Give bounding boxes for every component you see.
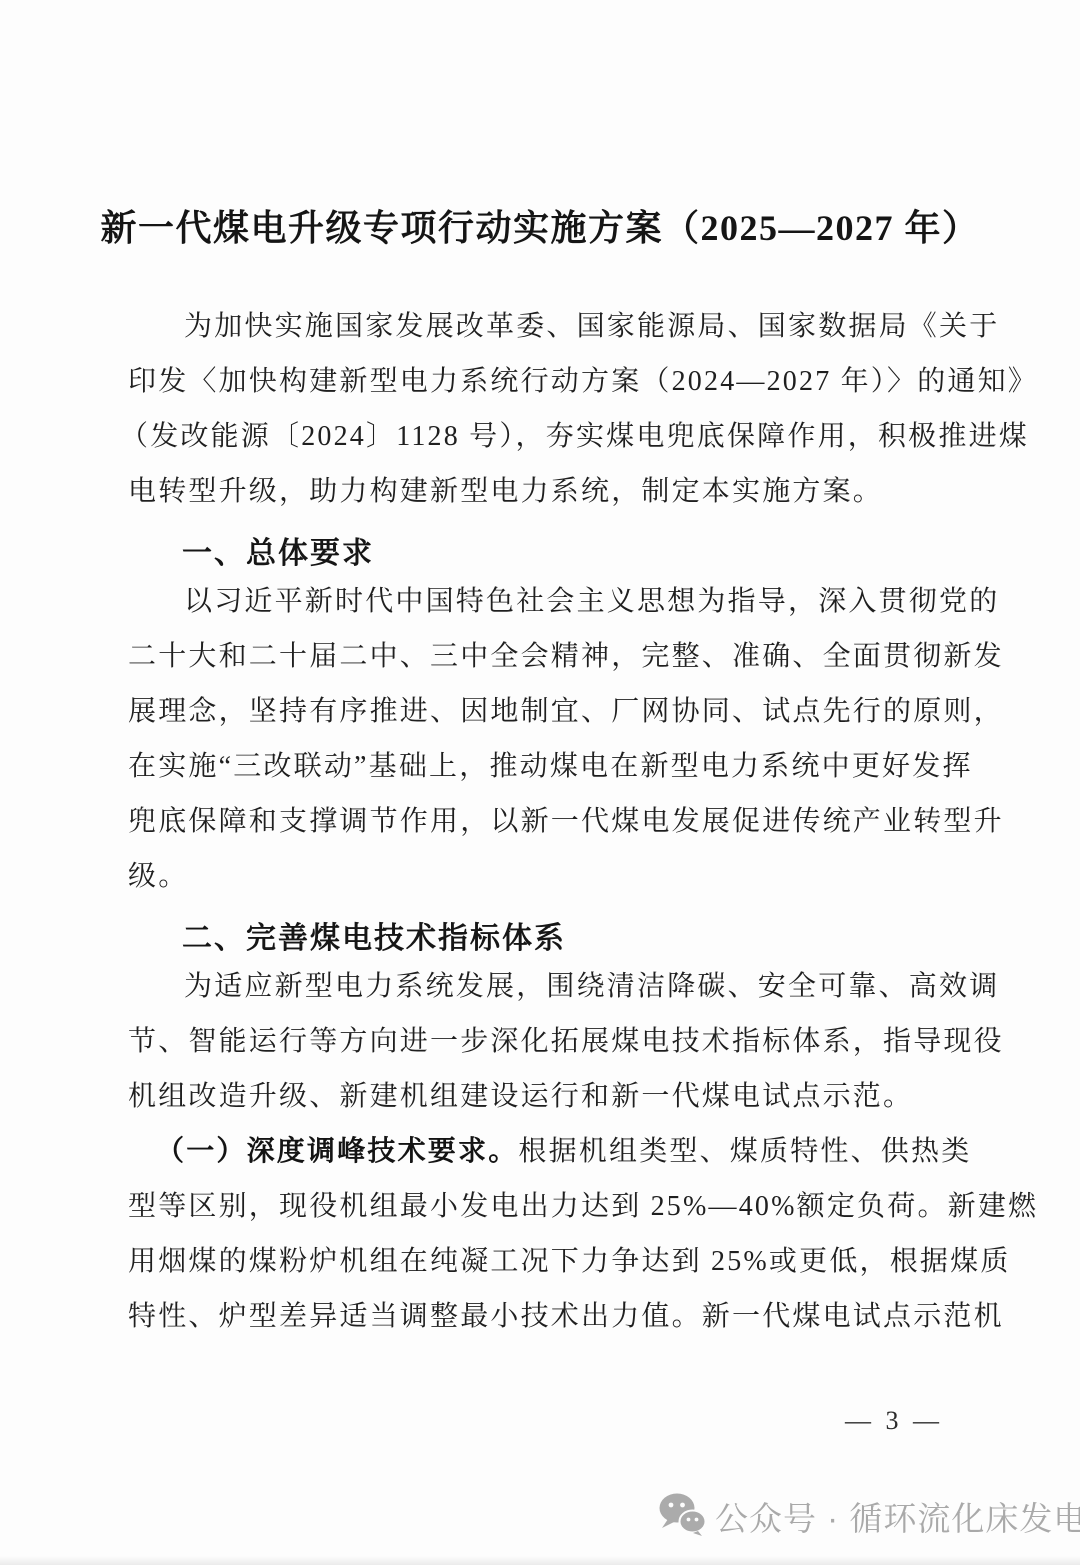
paragraph-line: （发改能源〔2024〕1128 号），夯实煤电兜底保障作用，积极推进煤 xyxy=(120,420,1029,454)
document-page: 新一代煤电升级专项行动实施方案（2025—2027 年） 为加快实施国家发展改革… xyxy=(0,0,1080,1565)
page-bottom-edge xyxy=(0,1556,1080,1565)
paragraph-line: 印发〈加快构建新型电力系统行动方案（2024—2027 年）〉的通知》 xyxy=(128,365,1038,399)
paragraph-line: 为适应新型电力系统发展，围绕清洁降碳、安全可靠、高效调 xyxy=(184,970,999,1004)
paragraph-line: 为加快实施国家发展改革委、国家能源局、国家数据局《关于 xyxy=(184,310,999,344)
paragraph-line: 展理念，坚持有序推进、因地制宜、厂网协同、试点先行的原则， xyxy=(128,695,1004,729)
document-title: 新一代煤电升级专项行动实施方案（2025—2027 年） xyxy=(0,200,1080,251)
paragraph-line: 特性、炉型差异适当调整最小技术出力值。新一代煤电试点示范机 xyxy=(128,1300,1004,1334)
paragraph-line: 二十大和二十届二中、三中全会精神，完整、准确、全面贯彻新发 xyxy=(128,640,1004,674)
paragraph-line: 兜底保障和支撑调节作用，以新一代煤电发展促进传统产业转型升 xyxy=(128,805,1004,839)
paragraph-line: 机组改造升级、新建机组建设运行和新一代煤电试点示范。 xyxy=(128,1080,913,1114)
paragraph-line: 节、智能运行等方向进一步深化拓展煤电技术指标体系，指导现役 xyxy=(128,1025,1004,1059)
page-number: — 3 — xyxy=(845,1406,943,1436)
paragraph-line: 级。 xyxy=(128,860,188,894)
paragraph-line: （一）深度调峰技术要求。根据机组类型、煤质特性、供热类 xyxy=(156,1135,971,1169)
section-heading-1: 一、总体要求 xyxy=(182,528,374,572)
paragraph-line: 用烟煤的煤粉炉机组在纯凝工况下力争达到 25%或更低，根据煤质 xyxy=(128,1245,1011,1279)
paragraph-line: 型等区别，现役机组最小发电出力达到 25%—40%额定负荷。新建燃 xyxy=(128,1190,1038,1224)
clause-lead-rest: 根据机组类型、煤质特性、供热类 xyxy=(518,1136,971,1167)
paragraph-line: 在实施“三改联动”基础上，推动煤电在新型电力系统中更好发挥 xyxy=(128,750,973,784)
watermark-footer: 公众号 · 循环流化床发电 xyxy=(658,1492,1080,1541)
clause-lead-bold: （一）深度调峰技术要求。 xyxy=(156,1136,518,1167)
paragraph-line: 电转型升级，助力构建新型电力系统，制定本实施方案。 xyxy=(128,475,883,509)
watermark-label: 公众号 · 循环流化床发电 xyxy=(715,1493,1080,1540)
paragraph-line: 以习近平新时代中国特色社会主义思想为指导，深入贯彻党的 xyxy=(184,585,999,619)
section-heading-2: 二、完善煤电技术指标体系 xyxy=(182,913,566,957)
wechat-icon xyxy=(658,1492,706,1541)
